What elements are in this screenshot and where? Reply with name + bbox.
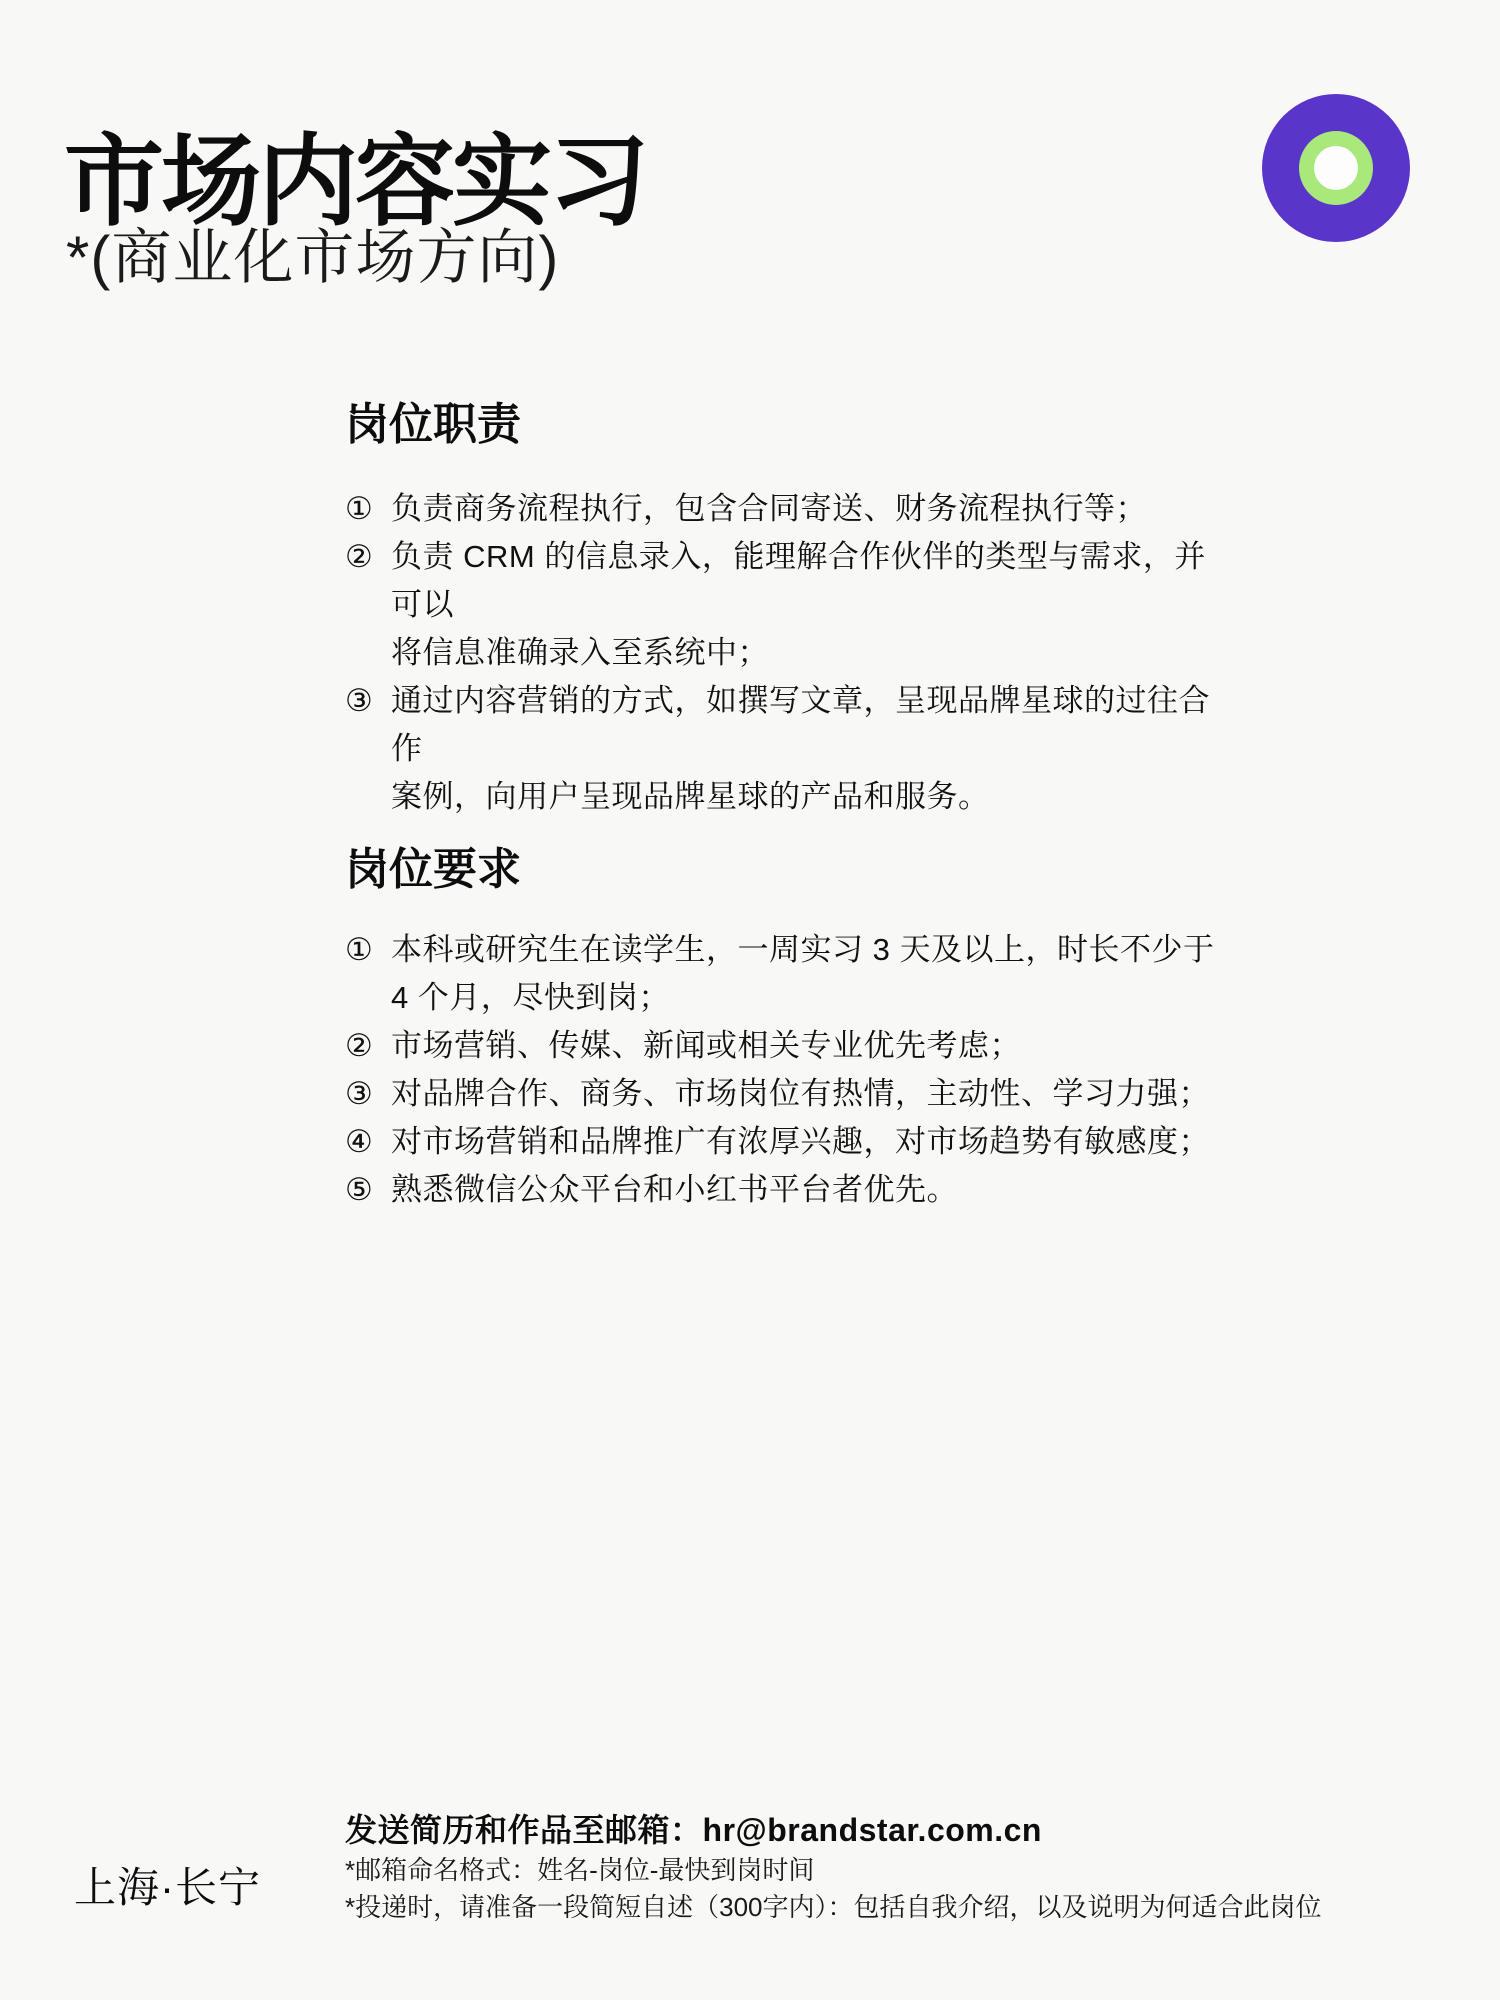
item-number: ① (345, 926, 391, 974)
footer-note: *邮箱命名格式：姓名-岗位-最快到岗时间 (345, 1852, 1322, 1889)
item-text: 本科或研究生在读学生，一周实习 3 天及以上，时长不少于 4 个月，尽快到岗； (391, 926, 1225, 1022)
item-number: ⑤ (345, 1166, 391, 1214)
requirements-list: ① 本科或研究生在读学生，一周实习 3 天及以上，时长不少于 4 个月，尽快到岗… (345, 926, 1225, 1214)
responsibilities-list: ① 负责商务流程执行，包含合同寄送、财务流程执行等； ② 负责 CRM 的信息录… (345, 485, 1225, 821)
list-item: ① 本科或研究生在读学生，一周实习 3 天及以上，时长不少于 4 个月，尽快到岗… (345, 926, 1225, 1022)
responsibilities-heading: 岗位职责 (345, 400, 1225, 451)
list-item: ② 负责 CRM 的信息录入，能理解合作伙伴的类型与需求，并可以 将信息准确录入… (345, 533, 1225, 677)
email-label: 发送简历和作品至邮箱： (345, 1812, 703, 1848)
email-address: hr@brandstar.com.cn (703, 1812, 1042, 1848)
page-subtitle: *(商业化市场方向) (66, 222, 559, 294)
item-text: 对品牌合作、商务、市场岗位有热情，主动性、学习力强； (391, 1070, 1225, 1118)
requirements-heading: 岗位要求 (345, 845, 1225, 896)
item-number: ③ (345, 1070, 391, 1118)
footer-note: *投递时，请准备一段简短自述（300字内）：包括自我介绍，以及说明为何适合此岗位 (345, 1889, 1322, 1926)
list-item: ③ 通过内容营销的方式，如撰写文章，呈现品牌星球的过往合作 案例，向用户呈现品牌… (345, 677, 1225, 821)
email-cta: 发送简历和作品至邮箱：hr@brandstar.com.cn (345, 1805, 1042, 1851)
item-text: 市场营销、传媒、新闻或相关专业优先考虑； (391, 1022, 1225, 1070)
item-text: 负责商务流程执行，包含合同寄送、财务流程执行等； (391, 485, 1225, 533)
logo-white-core (1314, 146, 1358, 190)
list-item: ④ 对市场营销和品牌推广有浓厚兴趣，对市场趋势有敏感度； (345, 1118, 1225, 1166)
item-number: ② (345, 533, 391, 581)
list-item: ① 负责商务流程执行，包含合同寄送、财务流程执行等； (345, 485, 1225, 533)
item-number: ① (345, 485, 391, 533)
brandstar-logo-icon (1262, 94, 1410, 242)
item-text: 负责 CRM 的信息录入，能理解合作伙伴的类型与需求，并可以 将信息准确录入至系… (391, 533, 1225, 677)
logo-green-ring (1299, 131, 1373, 205)
list-item: ② 市场营销、传媒、新闻或相关专业优先考虑； (345, 1022, 1225, 1070)
item-number: ④ (345, 1118, 391, 1166)
list-item: ③ 对品牌合作、商务、市场岗位有热情，主动性、学习力强； (345, 1070, 1225, 1118)
list-item: ⑤ 熟悉微信公众平台和小红书平台者优先。 (345, 1166, 1225, 1214)
location-label: 上海·长宁 (74, 1855, 261, 1915)
section-responsibilities: 岗位职责 ① 负责商务流程执行，包含合同寄送、财务流程执行等； ② 负责 CRM… (345, 400, 1225, 821)
item-number: ③ (345, 677, 391, 725)
item-number: ② (345, 1022, 391, 1070)
item-text: 通过内容营销的方式，如撰写文章，呈现品牌星球的过往合作 案例，向用户呈现品牌星球… (391, 677, 1225, 821)
section-requirements: 岗位要求 ① 本科或研究生在读学生，一周实习 3 天及以上，时长不少于 4 个月… (345, 845, 1225, 1214)
item-text: 熟悉微信公众平台和小红书平台者优先。 (391, 1166, 1225, 1214)
footer-notes: *邮箱命名格式：姓名-岗位-最快到岗时间 *投递时，请准备一段简短自述（300字… (345, 1852, 1322, 1926)
item-text: 对市场营销和品牌推广有浓厚兴趣，对市场趋势有敏感度； (391, 1118, 1225, 1166)
job-poster: { "page": { "background_color": "#f8f8f7… (0, 0, 1500, 2000)
